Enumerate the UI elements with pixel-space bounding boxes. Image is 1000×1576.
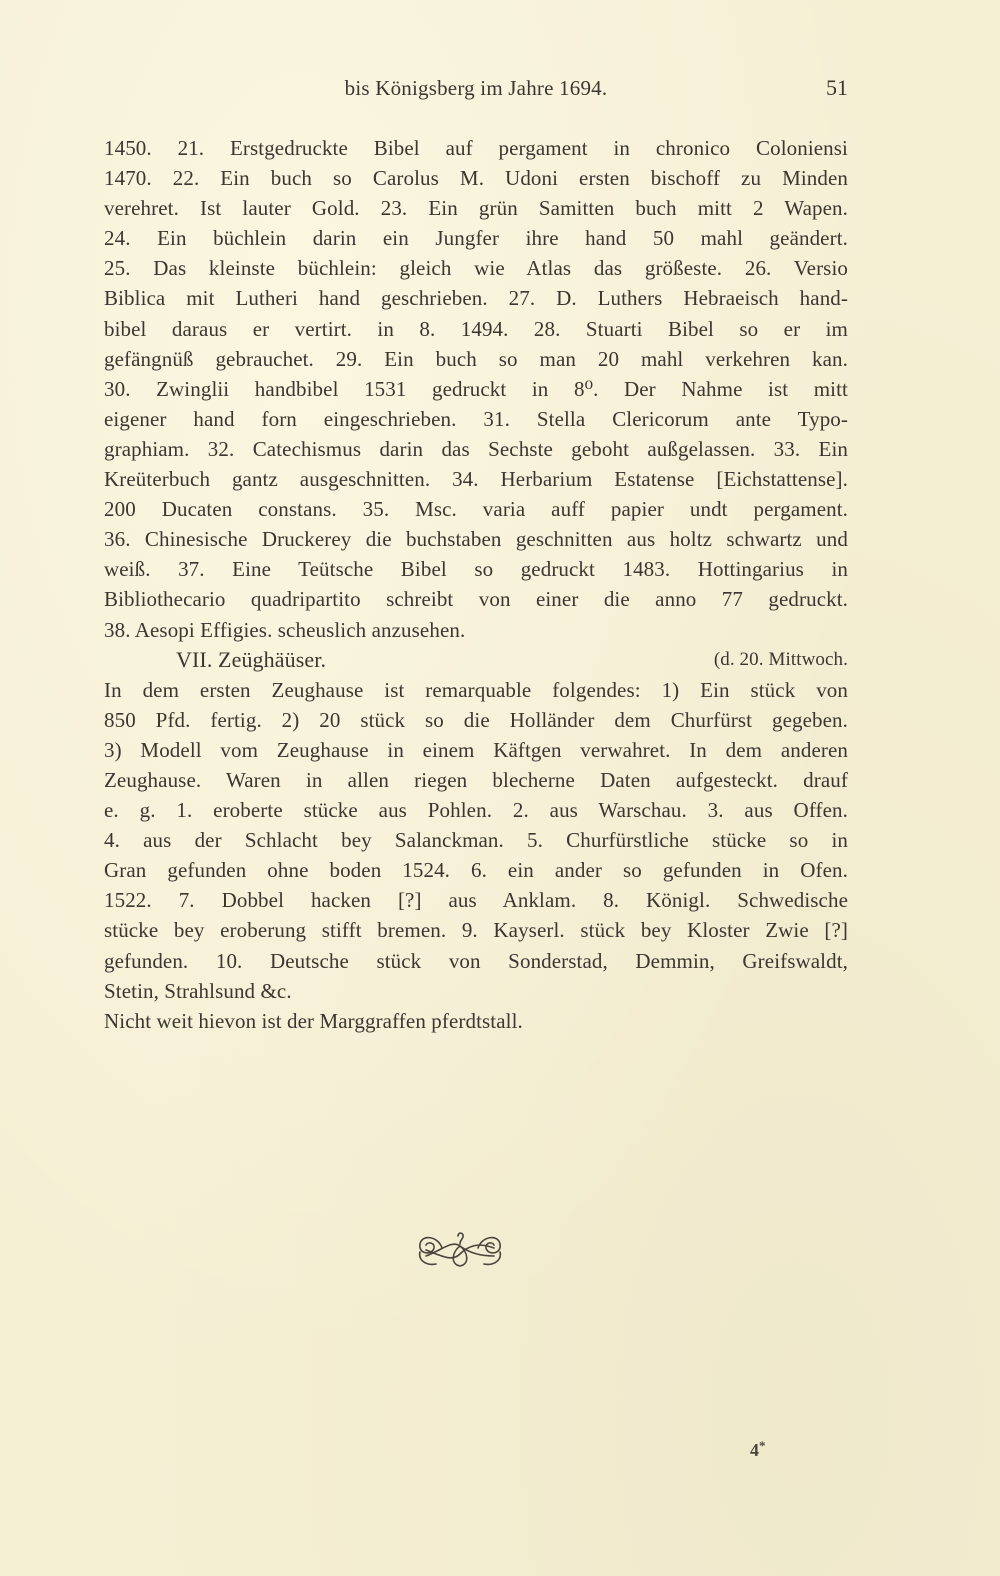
- text-line: 850 Pfd. fertig. 2) 20 stück so die Holl…: [104, 705, 848, 735]
- text-line: bibel daraus er vertirt. in 8. 1494. 28.…: [104, 314, 848, 344]
- section-heading: VII. Zeüghäüser. (d. 20. Mittwoch.: [104, 645, 848, 675]
- running-head: bis Königsberg im Jahre 1694. 51: [104, 74, 848, 102]
- section-date-note: (d. 20. Mittwoch.: [714, 645, 848, 675]
- text-line: Stetin, Strahlsund &c.: [104, 976, 848, 1006]
- book-page: bis Königsberg im Jahre 1694. 51 1450. 2…: [0, 0, 1000, 1576]
- text-line: verehret. Ist lauter Gold. 23. Ein grün …: [104, 193, 848, 223]
- text-line: 1470. 22. Ein buch so Carolus M. Udoni e…: [104, 163, 848, 193]
- signature-number: 4: [750, 1440, 759, 1460]
- text-line: Zeughause. Waren in allen riegen blecher…: [104, 765, 848, 795]
- text-line: 3) Modell vom Zeughause in einem Käftgen…: [104, 735, 848, 765]
- text-line: gefunden. 10. Deutsche stück von Sonders…: [104, 946, 848, 976]
- text-line: 1450. 21. Erstgedruckte Bibel auf pergam…: [104, 133, 848, 163]
- signature-mark: 4*: [750, 1438, 766, 1461]
- text-line: Kreüterbuch gantz ausgeschnitten. 34. He…: [104, 464, 848, 494]
- text-line: 38. Aesopi Effigies. scheuslich anzusehe…: [104, 615, 848, 645]
- text-line: 4. aus der Schlacht bey Salanckman. 5. C…: [104, 825, 848, 855]
- text-line: 25. Das kleinste büchlein: gleich wie At…: [104, 253, 848, 283]
- text-line: Bibliothecario quadripartito schreibt vo…: [104, 584, 848, 614]
- text-line: 36. Chinesische Druckerey die buchstaben…: [104, 524, 848, 554]
- text-line: 30. Zwinglii handbibel 1531 gedruckt in …: [104, 374, 848, 404]
- text-line: Nicht weit hievon ist der Marggraffen pf…: [104, 1006, 848, 1036]
- text-line: In dem ersten Zeughause ist remarquable …: [104, 675, 848, 705]
- body-text: 1450. 21. Erstgedruckte Bibel auf pergam…: [104, 133, 848, 1036]
- text-line: 24. Ein büchlein darin ein Jungfer ihre …: [104, 223, 848, 253]
- running-title: bis Königsberg im Jahre 1694.: [104, 74, 848, 102]
- text-line: weiß. 37. Eine Teütsche Bibel so gedruck…: [104, 554, 848, 584]
- text-line: graphiam. 32. Catechismus darin das Sech…: [104, 434, 848, 464]
- text-line: Biblica mit Lutheri hand geschrieben. 27…: [104, 283, 848, 313]
- text-line: 200 Ducaten constans. 35. Msc. varia auf…: [104, 494, 848, 524]
- signature-star: *: [759, 1438, 766, 1453]
- page-number: 51: [826, 74, 848, 102]
- text-line: 1522. 7. Dobbel hacken [?] aus Anklam. 8…: [104, 885, 848, 915]
- text-line: eigener hand forn eingeschrieben. 31. St…: [104, 404, 848, 434]
- text-line: stücke bey eroberung stifft bremen. 9. K…: [104, 915, 848, 945]
- flourish-ornament-icon: [412, 1226, 508, 1270]
- text-line: Gran gefunden ohne boden 1524. 6. ein an…: [104, 855, 848, 885]
- text-line: gefängnüß gebrauchet. 29. Ein buch so ma…: [104, 344, 848, 374]
- text-line: e. g. 1. eroberte stücke aus Pohlen. 2. …: [104, 795, 848, 825]
- section-title: VII. Zeüghäüser.: [176, 645, 326, 675]
